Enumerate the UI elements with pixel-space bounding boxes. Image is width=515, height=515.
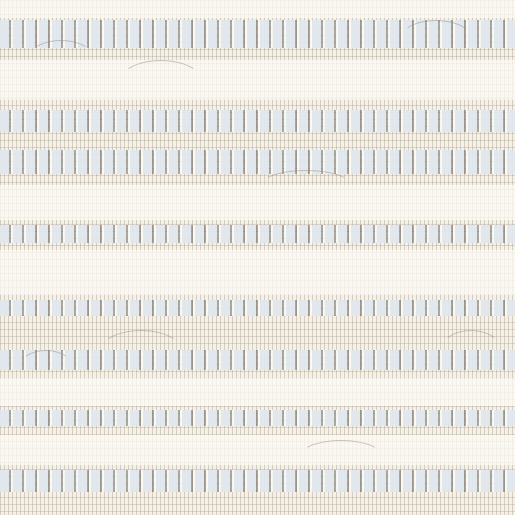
loose-fiber <box>120 60 202 102</box>
loose-fiber <box>440 330 502 372</box>
loose-fiber <box>100 330 182 372</box>
strand-band <box>0 410 515 426</box>
strand-band <box>0 470 515 492</box>
light-weave-band <box>0 250 515 295</box>
loose-fiber <box>30 40 92 72</box>
loose-fiber <box>20 350 72 382</box>
light-weave-band <box>0 185 515 220</box>
light-weave-band <box>0 378 515 406</box>
strand-band <box>0 225 515 243</box>
loose-fiber <box>300 440 382 472</box>
light-weave-band <box>0 435 515 465</box>
loose-fiber <box>260 170 352 202</box>
loose-fiber <box>400 20 472 57</box>
strand-band <box>0 110 515 132</box>
light-weave-band <box>0 0 515 18</box>
grasscloth-texture: woven grasscloth fabric texture <box>0 0 515 515</box>
strand-band <box>0 350 515 370</box>
strand-band <box>0 150 515 174</box>
strand-band <box>0 300 515 316</box>
